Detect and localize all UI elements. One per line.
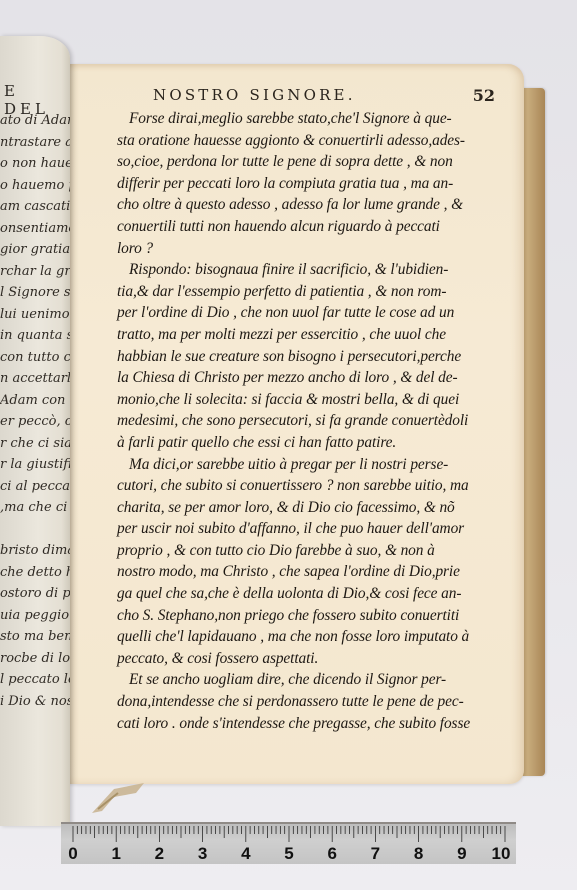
text-line: monio,che li solecita: si faccia & mostr… (117, 389, 433, 411)
left-text-line: l peccato loro à (0, 669, 70, 691)
text-line: cho oltre à questo adesso , adesso fa lo… (117, 194, 433, 216)
text-line: quelli che'l lapidauano , ma che non fos… (117, 626, 433, 648)
text-line: Forse dirai,meglio sarebbe stato,che'l S… (117, 108, 433, 130)
ruler-label: 7 (371, 844, 380, 864)
ruler-label: 5 (284, 844, 293, 864)
left-text-line: ntrastare alla gratia (0, 132, 70, 154)
left-text-line: con tutto cio restan (0, 347, 70, 369)
text-line: Rispondo: bisognaua finire il sacrificio… (117, 259, 433, 281)
text-line: medesimi, che sono persecutori, si fa gr… (117, 410, 433, 432)
left-text-line: rchar la gratia. (0, 261, 70, 283)
text-line: habbian le sue creature son bisogno i pe… (117, 346, 433, 368)
ruler-label: 2 (155, 844, 164, 864)
left-text-line: ato di Adamo in cielo (0, 110, 70, 132)
text-line: Et se ancho uogliam dire, che dicendo il… (117, 669, 433, 691)
text-line: proprio , & con tutto cio Dio farebbe à … (117, 540, 433, 562)
scale-ruler: 012345678910 (61, 822, 516, 864)
verso-page-curl: E DEL ato di Adamo in cielontrastare all… (0, 36, 70, 826)
left-text-line: uia peggio. (0, 605, 70, 627)
text-line: per l'ordine di Dio , che non uuol far t… (117, 302, 433, 324)
ruler-label: 8 (414, 844, 423, 864)
text-line: peccato, & cosi fossero aspettati. (117, 648, 433, 670)
book-photograph: NOSTRO SIGNORE. 52 Forse dirai,meglio sa… (0, 0, 577, 890)
left-text-line: gior gratia, tu ci (0, 239, 70, 261)
left-text-line: r la giustificatione (0, 454, 70, 476)
ruler-label: 1 (111, 844, 120, 864)
left-text-line: n accettarla & non (0, 368, 70, 390)
text-line: cati loro . onde s'intendesse che pregas… (117, 713, 433, 735)
recto-page: NOSTRO SIGNORE. 52 Forse dirai,meglio sa… (69, 64, 524, 784)
text-line: tia,& dar l'essempio perfetto di patient… (117, 281, 433, 303)
body-text: Forse dirai,meglio sarebbe stato,che'l S… (117, 108, 433, 734)
text-line: charita, se per amor loro, & di Dio cio … (117, 497, 433, 519)
text-line: nostro modo, ma Christo , che sapea l'or… (117, 561, 433, 583)
left-text-line: in quanta saremmo (0, 325, 70, 347)
left-text-line: r che ci sia data gra (0, 433, 70, 455)
text-line: ga quel che sa,che è della uolonta di Di… (117, 583, 433, 605)
text-line: differir per peccati loro la compiuta gr… (117, 173, 433, 195)
page-number: 52 (473, 86, 495, 105)
text-line: Ma dici,or sarebbe uitio à pregar per li… (117, 454, 433, 476)
text-line: cho S. Stephano,non priego che fossero s… (117, 605, 433, 627)
ruler-label: 6 (327, 844, 336, 864)
text-line: cutori, che subito si conuertissero ? no… (117, 475, 433, 497)
left-text-line (0, 712, 70, 734)
left-text-line: Adam con tutte le (0, 390, 70, 412)
left-text-line: er peccò, onde non (0, 411, 70, 433)
left-text-line: ,ma che ci sia fatto (0, 497, 70, 519)
text-line: so,cioe, perdona lor tutte le pene di so… (117, 151, 433, 173)
ruler-label: 10 (492, 844, 511, 864)
left-text-line: i Dio & nostra (0, 691, 70, 713)
left-text-line: rocbe di loro si (0, 648, 70, 670)
left-text-line (0, 519, 70, 541)
ruler-label: 4 (241, 844, 250, 864)
left-text-line: che detto habbiamo (0, 562, 70, 584)
ruler-label: 0 (68, 844, 77, 864)
left-text-line: o non hauesse peccato (0, 153, 70, 175)
text-line: tratto, ma per molti mezzi per esserciti… (117, 324, 433, 346)
left-page-text: ato di Adamo in cielontrastare alla grat… (0, 110, 70, 734)
text-line: conuertili tutti non hauendo alcun rigua… (117, 216, 433, 238)
ruler-label: 3 (198, 844, 207, 864)
left-text-line: ci al peccato & anche (0, 476, 70, 498)
text-line: sta oratione hauesse aggionto & conuerti… (117, 130, 433, 152)
left-text-line: bristo dimandando, (0, 540, 70, 562)
bookmark-tab (84, 783, 154, 815)
left-text-line: sto ma bene adden (0, 626, 70, 648)
left-text-line: l Signore se ottiene (0, 282, 70, 304)
text-line: la Chiesa di Christo per mezzo ancho di … (117, 367, 433, 389)
left-text-line: ostoro di perseuera (0, 583, 70, 605)
page-gutter-shadow (69, 64, 79, 784)
page-header: NOSTRO SIGNORE. 52 (153, 86, 493, 108)
left-text-line: lui uenimo in tanta (0, 304, 70, 326)
left-text-line: am cascati, doue infin (0, 196, 70, 218)
ruler-label: 9 (457, 844, 466, 864)
text-line: loro ? (117, 238, 433, 260)
running-title: NOSTRO SIGNORE. (153, 86, 356, 104)
text-line: per uscir noi subito d'affanno, il che p… (117, 518, 433, 540)
text-line: à farli patir quello che essi ci han fat… (117, 432, 433, 454)
text-line: dona,intendesse che si perdonassero tutt… (117, 691, 433, 713)
left-text-line: o hauemo peccato pur (0, 175, 70, 197)
left-text-line: onsentiamo alla gratia (0, 218, 70, 240)
